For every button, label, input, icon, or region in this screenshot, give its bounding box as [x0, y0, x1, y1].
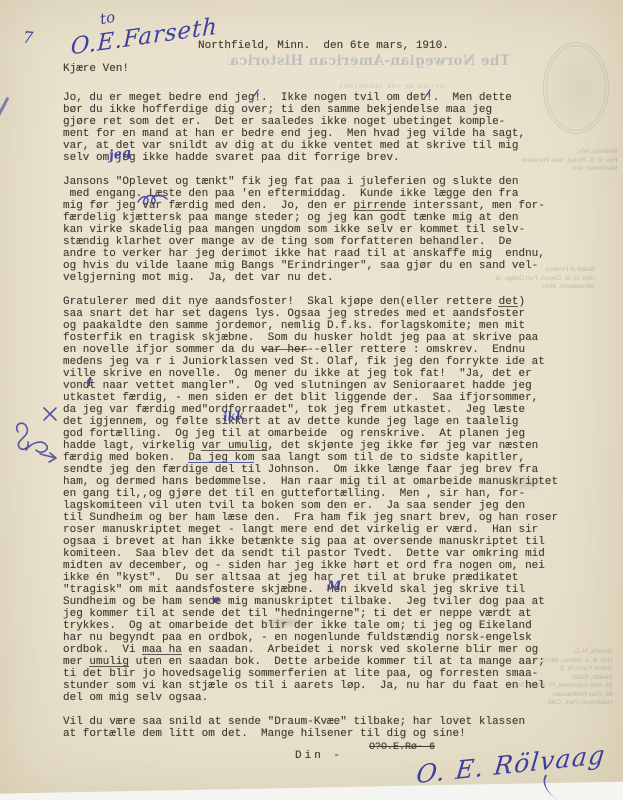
text-line: har nu begyndt paa en ordbok, - en nogen… [63, 632, 558, 644]
underline-pirrende [353, 210, 406, 211]
text-line: sendte jeg den færdige del til Johnson. … [63, 464, 558, 476]
text-line: Rev. D. G. Ristad, Vice President [522, 157, 618, 166]
text-line: medens jeg va r i Juniorklassen ved St. … [63, 356, 558, 368]
text-line: stunder som vi kan stjæle os til i aaret… [63, 680, 558, 692]
text-line: vondt naar vettet mangler". Og ved slutn… [63, 380, 558, 392]
salutation: Kjære Ven! [63, 63, 129, 75]
underline-det [498, 306, 518, 307]
text-line: Sundheim og be ham sende mig manuskripte… [63, 596, 558, 608]
text-line: Jo, du er meget bedre end jeg!. Ikke nog… [63, 92, 525, 104]
text-line: saa snart det har set dagens lys. Ogsaa … [63, 308, 558, 320]
text-line: ikke én "kyst". Du ser altsaa at jeg har… [63, 572, 558, 584]
text-line: Madison, Wis. [522, 148, 618, 157]
text-line: utkastet færdig, - men siden er det blit… [63, 392, 558, 404]
struck-typed-name: O?O.E.Rø- 6 [369, 742, 435, 754]
ink-correction-e: e [213, 593, 220, 606]
text-line: og paakaldte den samme jordemor, nemlig … [63, 320, 558, 332]
embossed-seal [543, 42, 609, 134]
text-line: jeg kommer til at sende det til "hedning… [63, 608, 558, 620]
strikethrough-var-her [261, 349, 308, 350]
ink-correction-capital-m: M [327, 579, 341, 594]
letter-paragraph-4: Vil du være saa snild at sende "Draum-Kv… [63, 716, 525, 740]
text-line: selv om jeg ikke hadde svaret paa dit fo… [63, 152, 525, 164]
text-line: ment for en mand at han er bedre end jeg… [63, 128, 525, 140]
text-line: andre to verker har jeg derimot ikke hat… [63, 248, 545, 260]
ink-correction-ikk: ikk [222, 408, 244, 424]
underline-da-jeg-kom [188, 462, 254, 463]
text-line: Manitowoc, Wis. [522, 165, 618, 174]
text-line: Vil du være saa snild at sende "Draum-Kv… [63, 716, 525, 728]
bleedthrough-letterhead-title: The Norwegian-American Historical Associ… [228, 53, 510, 69]
text-line: hadde lagt, virkelig var umulig, det skj… [63, 440, 558, 452]
text-line: ham, og dermed hans bedømmelse. Han raar… [63, 476, 558, 488]
dateline: Northfield, Minn. den 6te mars, 1910. [198, 40, 449, 52]
text-line: ogsaa i brevet at han ikke betænkte sig … [63, 536, 558, 548]
text-line: færdig med boken. Da jeg kom saa langt s… [63, 452, 558, 464]
letter-paragraph-3: Gratulerer med dit nye aandsfoster! Skal… [63, 296, 558, 704]
text-line: da jeg var færdig med"ordforraadet", tok… [63, 404, 558, 416]
text-line: Jansons "Oplevet og tænkt" fik jeg fat p… [63, 176, 545, 188]
handwritten-page-number: 7 [22, 28, 33, 48]
text-line: stændig klarhet over mange av de ting so… [63, 236, 545, 248]
text-line: kan virke skadelig paa mangen ungdom som… [63, 224, 545, 236]
text-line: gjøre ret som det er. Det er saaledes ik… [63, 116, 525, 128]
valediction: Din - [295, 750, 343, 762]
underline-umulig [89, 666, 129, 667]
scanned-letter-page: The Norwegian-American Historical Associ… [0, 0, 623, 800]
text-line: bør du ikke hofferdige dig over; ti den … [63, 104, 525, 116]
text-line: god fortælling. Og jeg til at omarbeide … [63, 428, 558, 440]
text-line: det igjennem, og følte sikkert at av det… [63, 416, 558, 428]
underline-maa-ha [142, 654, 182, 655]
ink-correction-jeg: jeg [108, 146, 132, 164]
text-line: færdelig kjættersk paa mange steder; og … [63, 212, 545, 224]
underline-var-umulig [201, 450, 267, 451]
text-line: og hvis du vilde laane mig Bangs "Erindr… [63, 260, 545, 272]
text-line: komiteen. Saa blev det da sendt til past… [63, 548, 558, 560]
handwritten-to-annotation: to [99, 8, 117, 28]
text-line: velgjerning mot mig. Ja, det var nu det. [63, 272, 545, 284]
text-line: at fortælle dem litt om det. Mange hilse… [63, 728, 525, 740]
text-line: fosterfik en tragisk skjæbne. Som du hus… [63, 332, 558, 344]
ink-scribble-over-word [136, 193, 170, 207]
text-line: en gang til,,og gjøre det til en guttefo… [63, 488, 558, 500]
text-line: "tragisk" om mit aandsfostere skjæbne. M… [63, 584, 558, 596]
text-line: lagskomiteen vil uten tvil ta boken som … [63, 500, 558, 512]
text-line: ti det blir jo hovedsagelig sommerferien… [63, 668, 558, 680]
text-line: roser manuskriptet meget - langt mere en… [63, 524, 558, 536]
text-line: var, at det var snildt av dig at du ikke… [63, 140, 525, 152]
margin-ink-scribble [10, 404, 68, 466]
text-line: midten av december, og - siden har jeg i… [63, 560, 558, 572]
text-line: ordbok. Vi maa ha en saadan. Arbeidet i … [63, 644, 558, 656]
text-line: en novelle ifjor sommer da du var her--e… [63, 344, 558, 356]
ink-correction-t: t [87, 375, 93, 390]
text-line: trykkes. Og at omarbeide det blir der ik… [63, 620, 558, 632]
text-line: del om mig selv ogsaa. [63, 692, 558, 704]
text-line: til Sundheim og ber ham læse den. Fra ha… [63, 512, 558, 524]
text-line: mer umulig uten en saadan bok. Dette arb… [63, 656, 558, 668]
text-line: Gratulerer med dit nye aandsfoster! Skal… [63, 296, 558, 308]
letter-paragraph-1: Jo, du er meget bedre end jeg!. Ikke nog… [63, 92, 525, 164]
text-line: ville skrive en novelle. Og mener du ikk… [63, 368, 558, 380]
text-line: Minneapolis, Minn. [494, 283, 595, 292]
bleedthrough-officer-names: Madison, Wis.Rev. D. G. Ristad, Vice Pre… [522, 148, 618, 174]
